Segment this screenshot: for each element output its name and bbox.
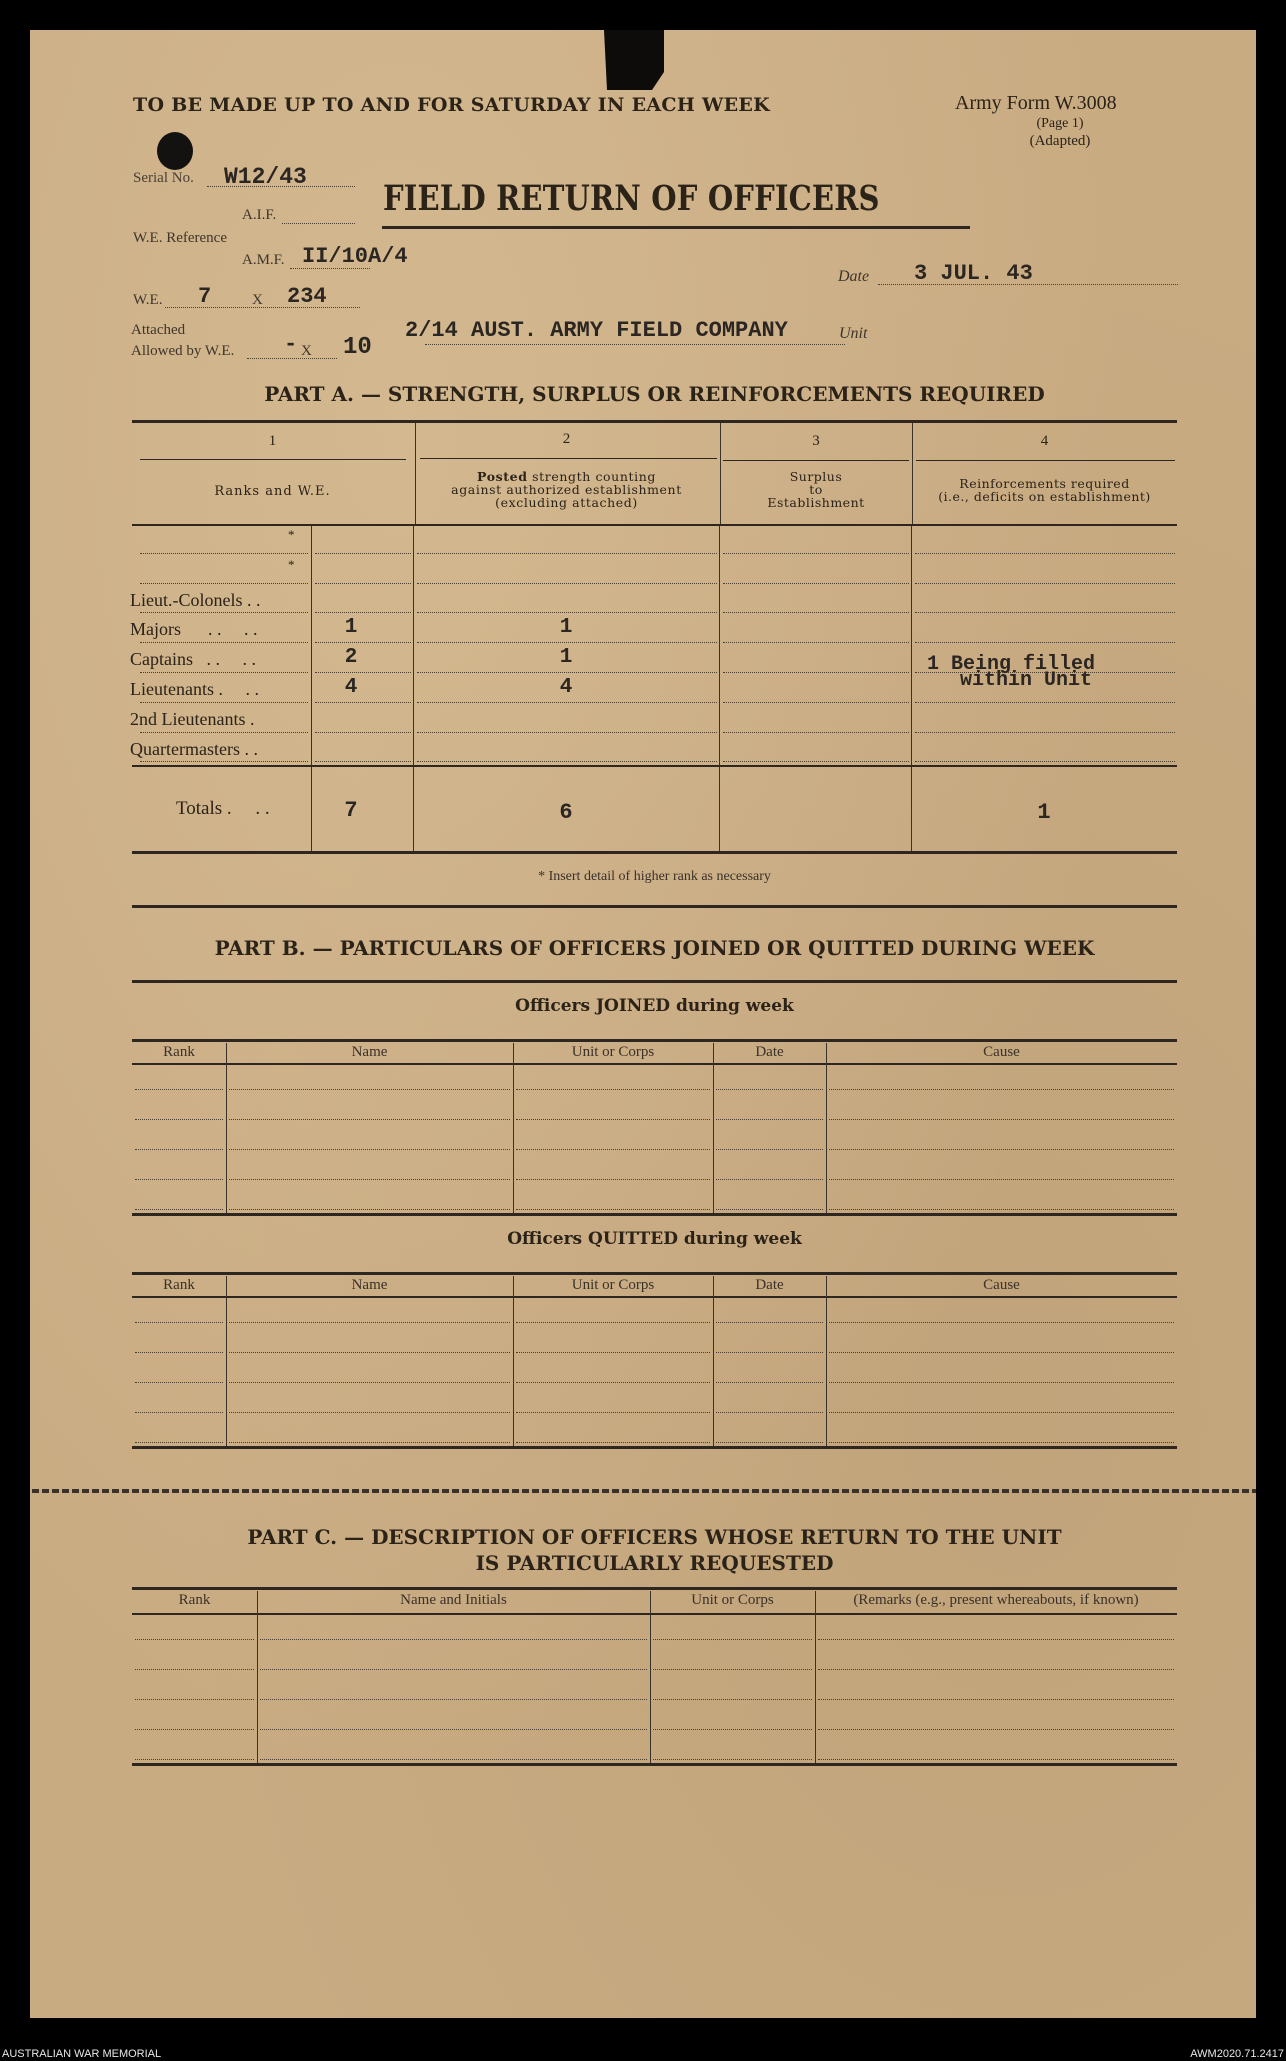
quitted-row-line[interactable] [829, 1352, 1174, 1353]
part-a-vline-header-3 [912, 423, 913, 524]
joined-row-line[interactable] [229, 1149, 510, 1150]
row-dotted-line [915, 553, 1175, 554]
serial-label: Serial No. [133, 170, 194, 187]
col-number-1: 1 [132, 433, 413, 450]
row-dotted-line [723, 642, 909, 643]
allowed-label: Allowed by W.E. [131, 343, 234, 360]
joined-row-line[interactable] [829, 1149, 1174, 1150]
row-dotted-line [723, 612, 909, 613]
row-dotted-line [140, 583, 308, 584]
joined-col-header: Date [713, 1044, 826, 1061]
rank-posted-value[interactable]: 1 [413, 646, 719, 669]
joined-header-rule [132, 1063, 1177, 1065]
date-value[interactable]: 3 JUL. 43 [914, 261, 1033, 286]
row-dotted-line [315, 642, 411, 643]
row-dotted-line [915, 642, 1175, 643]
col-number-4: 4 [912, 433, 1177, 450]
quitted-row-line[interactable] [135, 1352, 223, 1353]
quitted-row-line[interactable] [829, 1412, 1174, 1413]
row-dotted-line [723, 702, 909, 703]
partc-row-line[interactable] [260, 1729, 647, 1730]
joined-row-line[interactable] [516, 1209, 710, 1210]
joined-row-line[interactable] [716, 1179, 823, 1180]
part-b-top-rule [132, 980, 1177, 983]
row-dotted-line [723, 583, 909, 584]
row-dotted-line [315, 583, 411, 584]
row-dotted-line [140, 702, 308, 703]
row-dotted-line [140, 732, 308, 733]
quitted-bottom-rule [132, 1446, 1177, 1449]
col-header-surplus: Surplus to Establishment [720, 470, 912, 509]
perforation-line [32, 1489, 1256, 1493]
amf-label: A.M.F. [242, 252, 285, 269]
allowed-we-value[interactable]: - [284, 332, 297, 357]
row-dotted-line [140, 672, 308, 673]
row-dotted-line [140, 553, 308, 554]
col-number-3: 3 [720, 433, 912, 450]
row-dotted-line [723, 761, 909, 762]
row-dotted-line [140, 612, 308, 613]
surplus-line3: Establishment [767, 495, 864, 510]
partc-row-line[interactable] [818, 1639, 1174, 1640]
joined-row-line[interactable] [229, 1179, 510, 1180]
quitted-col-header: Name [226, 1277, 513, 1294]
unit-label: Unit [839, 325, 867, 343]
we-label: W.E. [133, 292, 162, 309]
part-a-footnote: * Insert detail of higher rank as necess… [132, 869, 1177, 885]
quitted-row-line[interactable] [135, 1382, 223, 1383]
joined-row-line[interactable] [716, 1089, 823, 1090]
row-dotted-line [915, 583, 1175, 584]
col-number-underline-3 [723, 460, 909, 461]
quitted-row-line[interactable] [716, 1352, 823, 1353]
rank-we-value[interactable]: 1 [311, 616, 391, 639]
row-dotted-line [417, 702, 717, 703]
col-number-2: 2 [413, 431, 720, 448]
partc-row-line[interactable] [260, 1669, 647, 1670]
quitted-col-divider [826, 1276, 827, 1446]
joined-col-header: Unit or Corps [513, 1044, 713, 1061]
partc-row-line[interactable] [653, 1699, 812, 1700]
we-reference-label: W.E. Reference [133, 230, 227, 247]
partc-row-line[interactable] [135, 1729, 254, 1730]
joined-col-divider [513, 1043, 514, 1213]
rank-label: 2nd Lieutenants . [130, 709, 254, 730]
we-value[interactable]: 7 [198, 284, 211, 309]
unit-value[interactable]: 2/14 AUST. ARMY FIELD COMPANY [405, 318, 788, 343]
partc-row-line[interactable] [260, 1639, 647, 1640]
quitted-row-line[interactable] [829, 1322, 1174, 1323]
partc-col-header: Rank [132, 1592, 257, 1609]
partc-row-line[interactable] [818, 1759, 1174, 1760]
quitted-col-header: Date [713, 1277, 826, 1294]
row-dotted-line [915, 702, 1175, 703]
quitted-header-rule [132, 1296, 1177, 1298]
joined-row-line[interactable] [716, 1119, 823, 1120]
row-dotted-line [417, 583, 717, 584]
partc-row-line[interactable] [135, 1759, 254, 1760]
col-number-underline-2 [420, 458, 717, 459]
joined-row-line[interactable] [516, 1149, 710, 1150]
partc-row-line[interactable] [135, 1669, 254, 1670]
partc-row-line[interactable] [818, 1669, 1174, 1670]
joined-col-divider [713, 1043, 714, 1213]
row-dotted-line [723, 672, 909, 673]
row-dotted-line [315, 702, 411, 703]
rank-reinf-value[interactable]: within Unit [960, 669, 1092, 692]
quitted-col-divider [513, 1276, 514, 1446]
part-a-title: PART A. — STRENGTH, SURPLUS OR REINFORCE… [132, 382, 1177, 406]
joined-col-header: Name [226, 1044, 513, 1061]
partc-col-divider [815, 1591, 816, 1763]
row-dotted-line [723, 553, 909, 554]
row-dotted-line [315, 672, 411, 673]
quitted-row-line[interactable] [716, 1322, 823, 1323]
quitted-row-line[interactable] [516, 1322, 710, 1323]
col-number-underline-4 [916, 460, 1175, 461]
rank-label: * [288, 527, 295, 543]
joined-col-divider [226, 1043, 227, 1213]
row-dotted-line [140, 642, 308, 643]
unit-line [425, 344, 845, 345]
row-dotted-line [915, 612, 1175, 613]
partc-col-divider [650, 1591, 651, 1763]
allowed-x-label: X [301, 343, 312, 360]
joined-row-line[interactable] [229, 1119, 510, 1120]
joined-col-divider [826, 1043, 827, 1213]
date-label: Date [838, 268, 869, 286]
quitted-row-line[interactable] [229, 1412, 510, 1413]
col-header-reinforcements: Reinforcements required (i.e., deficits … [912, 477, 1177, 503]
row-dotted-line [315, 761, 411, 762]
row-dotted-line [140, 761, 308, 762]
joined-row-line[interactable] [516, 1179, 710, 1180]
form-page: (Page 1) [1015, 116, 1105, 132]
footer-right: AWM2020.71.2417 [1190, 2048, 1284, 2060]
rank-we-value[interactable]: 2 [311, 646, 391, 669]
joined-row-line[interactable] [829, 1209, 1174, 1210]
quitted-top-rule [132, 1272, 1177, 1275]
col-header-posted: Posted strength counting against authori… [413, 470, 720, 509]
rank-we-value[interactable]: 4 [311, 676, 391, 699]
form-number: Army Form W.3008 [955, 92, 1117, 115]
joined-row-line[interactable] [135, 1179, 223, 1180]
partc-row-line[interactable] [653, 1729, 812, 1730]
quitted-row-line[interactable] [516, 1442, 710, 1443]
joined-row-line[interactable] [716, 1209, 823, 1210]
joined-row-line[interactable] [716, 1149, 823, 1150]
row-dotted-line [915, 761, 1175, 762]
quitted-row-line[interactable] [229, 1352, 510, 1353]
page-title: FIELD RETURN OF OFFICERS [383, 178, 880, 219]
row-dotted-line [915, 732, 1175, 733]
joined-row-line[interactable] [135, 1209, 223, 1210]
partc-row-line[interactable] [818, 1729, 1174, 1730]
rank-label: * [288, 557, 295, 573]
quitted-row-line[interactable] [716, 1382, 823, 1383]
title-underline [382, 226, 970, 229]
partc-header-rule [132, 1613, 1177, 1615]
joined-title: Officers JOINED during week [132, 996, 1177, 1016]
joined-bottom-rule [132, 1213, 1177, 1216]
form-adapted: (Adapted) [1005, 133, 1115, 150]
rank-posted-value[interactable]: 1 [413, 616, 719, 639]
partc-bottom-rule [132, 1763, 1177, 1766]
quitted-row-line[interactable] [229, 1322, 510, 1323]
amf-value[interactable]: II/10A/4 [302, 244, 408, 269]
col-number-underline-1 [140, 459, 406, 460]
row-dotted-line [417, 642, 717, 643]
allowed-line [247, 358, 337, 359]
joined-row-line[interactable] [229, 1209, 510, 1210]
rank-label: Quartermasters . . [130, 739, 258, 760]
totals-we[interactable]: 7 [311, 798, 391, 823]
row-dotted-line [417, 553, 717, 554]
reinf-line2: (i.e., deficits on establishment) [938, 489, 1151, 504]
totals-reinf[interactable]: 1 [911, 800, 1177, 825]
quitted-col-header: Cause [826, 1277, 1177, 1294]
part-b-title: PART B. — PARTICULARS OF OFFICERS JOINED… [132, 936, 1177, 960]
part-a-top-rule [132, 420, 1177, 423]
partc-row-line[interactable] [260, 1759, 647, 1760]
joined-row-line[interactable] [135, 1119, 223, 1120]
totals-posted[interactable]: 6 [413, 800, 719, 825]
serial-value[interactable]: W12/43 [224, 164, 307, 190]
partc-col-header: Unit or Corps [650, 1592, 815, 1609]
joined-row-line[interactable] [829, 1119, 1174, 1120]
quitted-row-line[interactable] [716, 1412, 823, 1413]
partc-row-line[interactable] [260, 1699, 647, 1700]
part-c-title-line2: IS PARTICULARLY REQUESTED [132, 1551, 1177, 1575]
part-a-bottom-rule [132, 851, 1177, 854]
row-dotted-line [315, 553, 411, 554]
rank-posted-value[interactable]: 4 [413, 676, 719, 699]
joined-row-line[interactable] [829, 1089, 1174, 1090]
quitted-row-line[interactable] [135, 1442, 223, 1443]
partc-col-header: Name and Initials [257, 1592, 650, 1609]
part-a-header-rule [132, 524, 1177, 526]
binding-tab [604, 30, 664, 90]
quitted-row-line[interactable] [135, 1322, 223, 1323]
row-dotted-line [417, 732, 717, 733]
quitted-col-divider [226, 1276, 227, 1446]
we-x-value[interactable]: 234 [287, 284, 327, 309]
partc-row-line[interactable] [653, 1639, 812, 1640]
part-a-vline-surplus [719, 526, 720, 852]
part-a-vline-header-2 [720, 423, 721, 524]
row-dotted-line [315, 732, 411, 733]
part-a-footnote-rule [132, 905, 1177, 908]
footer-left: AUSTRALIAN WAR MEMORIAL [2, 2048, 161, 2060]
quitted-title: Officers QUITTED during week [132, 1229, 1177, 1249]
quitted-row-line[interactable] [516, 1382, 710, 1383]
we-x-label: X [252, 292, 263, 309]
partc-row-line[interactable] [135, 1699, 254, 1700]
row-dotted-line [723, 732, 909, 733]
punch-hole [157, 132, 193, 170]
col-header-ranks: Ranks and W.E. [132, 484, 413, 499]
partc-row-line[interactable] [653, 1759, 812, 1760]
joined-row-line[interactable] [135, 1149, 223, 1150]
instruction-text: TO BE MADE UP TO AND FOR SATURDAY IN EAC… [133, 94, 770, 116]
quitted-col-header: Unit or Corps [513, 1277, 713, 1294]
attached-label: Attached [131, 322, 185, 339]
quitted-row-line[interactable] [516, 1352, 710, 1353]
rank-label: Majors . . . . [130, 619, 258, 640]
rank-label: Lieutenants . . . [130, 679, 259, 700]
partc-top-rule [132, 1587, 1177, 1590]
partc-col-header: (Remarks (e.g., present whereabouts, if … [815, 1592, 1177, 1609]
quitted-col-divider [713, 1276, 714, 1446]
joined-col-header: Cause [826, 1044, 1177, 1061]
joined-row-line[interactable] [135, 1089, 223, 1090]
partc-col-divider [257, 1591, 258, 1763]
partc-row-line[interactable] [818, 1699, 1174, 1700]
quitted-row-line[interactable] [829, 1382, 1174, 1383]
row-dotted-line [417, 612, 717, 613]
partc-row-line[interactable] [653, 1669, 812, 1670]
joined-row-line[interactable] [829, 1179, 1174, 1180]
rank-label: Captains . . . . [130, 649, 256, 670]
quitted-row-line[interactable] [829, 1442, 1174, 1443]
part-c-title-line1: PART C. — DESCRIPTION OF OFFICERS WHOSE … [132, 1525, 1177, 1549]
part-a-rows-bottom-rule [132, 765, 1177, 767]
quitted-row-line[interactable] [135, 1412, 223, 1413]
quitted-col-header: Rank [132, 1277, 226, 1294]
allowed-x-value[interactable]: 10 [343, 334, 372, 361]
row-dotted-line [417, 761, 717, 762]
row-dotted-line [315, 612, 411, 613]
quitted-row-line[interactable] [229, 1442, 510, 1443]
quitted-row-line[interactable] [229, 1382, 510, 1383]
totals-label: Totals . . . [176, 798, 270, 820]
joined-top-rule [132, 1039, 1177, 1042]
row-dotted-line [417, 672, 717, 673]
rank-label: Lieut.-Colonels . . [130, 590, 260, 611]
quitted-row-line[interactable] [716, 1442, 823, 1443]
part-a-vline-header-1 [415, 423, 416, 524]
posted-line3: (excluding attached) [495, 495, 638, 510]
aif-label: A.I.F. [242, 207, 276, 224]
joined-row-line[interactable] [229, 1089, 510, 1090]
aif-line [282, 223, 355, 224]
joined-col-header: Rank [132, 1044, 226, 1061]
quitted-row-line[interactable] [516, 1412, 710, 1413]
partc-row-line[interactable] [135, 1639, 254, 1640]
joined-row-line[interactable] [516, 1119, 710, 1120]
joined-row-line[interactable] [516, 1089, 710, 1090]
